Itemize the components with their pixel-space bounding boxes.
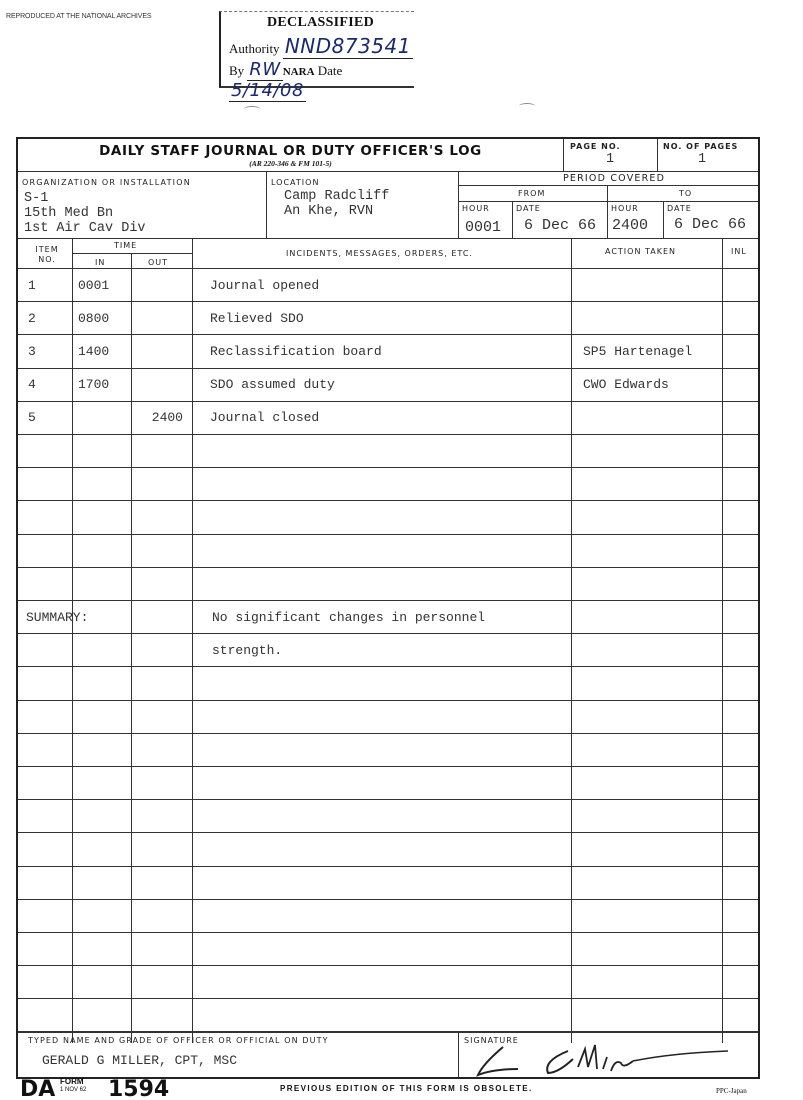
table-row: [18, 666, 758, 699]
col-out: OUT: [148, 258, 168, 267]
summary-label: SUMMARY:: [26, 601, 146, 633]
signature-field[interactable]: [473, 1039, 743, 1079]
table-row: 2 0800 Relieved SDO: [18, 301, 758, 334]
from-date-label: DATE: [516, 204, 541, 213]
to-hour-label: HOUR: [611, 204, 639, 213]
date-value: 5/14/08: [229, 80, 306, 102]
col-action-taken: ACTION TAKEN: [605, 247, 676, 256]
from-hour-value: 0001: [465, 219, 501, 236]
to-date-label: DATE: [667, 204, 692, 213]
no-of-pages-label: NO. OF PAGES: [663, 142, 738, 151]
footer-printer: PPC-Japan: [716, 1087, 747, 1095]
location-value: Camp Radcliff An Khe, RVN: [284, 189, 389, 219]
to-label: TO: [679, 189, 692, 198]
col-in: IN: [95, 258, 105, 267]
authority-label: Authority: [229, 41, 280, 56]
col-item-no: ITEM NO.: [32, 245, 62, 265]
table-row: [18, 700, 758, 733]
from-date-value: 6 Dec 66: [524, 217, 596, 234]
form-subtitle: (AR 220-346 & FM 101-5): [18, 159, 563, 168]
page-no-label: PAGE NO.: [570, 142, 621, 151]
table-row: [18, 965, 758, 998]
organization-value: S-1 15th Med Bn 1st Air Cav Div: [24, 191, 146, 236]
footer-form: FORM 1 NOV 62: [60, 1078, 86, 1094]
table-row: [18, 998, 758, 1031]
table-row: [18, 534, 758, 567]
footer-da: DA: [20, 1077, 55, 1100]
table-row: [18, 434, 758, 467]
table-row: 5 2400 Journal closed: [18, 401, 758, 434]
table-row: [18, 500, 758, 533]
col-time: TIME: [114, 241, 137, 250]
footer-form-number: 1594: [108, 1077, 169, 1100]
table-row: 4 1700 SDO assumed duty CWO Edwards: [18, 368, 758, 401]
table-row: [18, 766, 758, 799]
archives-note: REPRODUCED AT THE NATIONAL ARCHIVES: [6, 13, 151, 20]
table-row: 1 0001 Journal opened: [18, 268, 758, 301]
organization-label: ORGANIZATION OR INSTALLATION: [22, 178, 191, 187]
table-row: 3 1400 Reclassification board SP5 Harten…: [18, 334, 758, 367]
authority-value: NND873541: [283, 34, 413, 59]
table-row: [18, 733, 758, 766]
summary-line: No significant changes in personnel: [212, 601, 572, 633]
table-row: [18, 832, 758, 865]
declassified-stamp: DECLASSIFIED Authority NND873541 By RWNA…: [219, 11, 414, 88]
location-label: LOCATION: [271, 178, 319, 187]
from-label: FROM: [518, 189, 545, 198]
period-covered-label: PERIOD COVERED: [563, 173, 665, 184]
summary-line: strength.: [212, 634, 572, 666]
table-row: [18, 567, 758, 600]
summary-row: strength.: [18, 633, 758, 666]
punch-mark: [244, 106, 260, 112]
to-hour-value: 2400: [612, 217, 648, 234]
col-incidents: INCIDENTS, MESSAGES, ORDERS, ETC.: [286, 249, 473, 258]
table-row: [18, 866, 758, 899]
no-of-pages-value: 1: [698, 152, 706, 167]
agency: NARA: [283, 66, 315, 78]
col-inl: INL: [731, 247, 747, 256]
by-label: By: [229, 63, 244, 78]
signature-scribble-icon: [473, 1039, 743, 1079]
table-row: [18, 467, 758, 500]
date-label: Date: [318, 63, 343, 78]
journal-form: DAILY STAFF JOURNAL OR DUTY OFFICER'S LO…: [16, 137, 760, 1079]
table-row: [18, 932, 758, 965]
table-row: [18, 899, 758, 932]
from-hour-label: HOUR: [462, 204, 490, 213]
stamp-title: DECLASSIFIED: [267, 15, 374, 31]
stamp-authority: Authority NND873541: [229, 34, 413, 58]
form-title: DAILY STAFF JOURNAL OR DUTY OFFICER'S LO…: [18, 143, 563, 159]
table-row: [18, 799, 758, 832]
officer-name: GERALD G MILLER, CPT, MSC: [42, 1053, 237, 1068]
page-no-value: 1: [606, 152, 614, 167]
footer-previous-edition: PREVIOUS EDITION OF THIS FORM IS OBSOLET…: [280, 1084, 533, 1093]
by-initials: RW: [247, 59, 282, 81]
punch-mark: [519, 103, 535, 109]
to-date-value: 6 Dec 66: [674, 216, 746, 233]
summary-row: SUMMARY: No significant changes in perso…: [18, 600, 758, 633]
stamp-by: By RWNARA Date 5/14/08: [229, 59, 414, 101]
officer-label: TYPED NAME AND GRADE OF OFFICER OR OFFIC…: [28, 1036, 329, 1045]
